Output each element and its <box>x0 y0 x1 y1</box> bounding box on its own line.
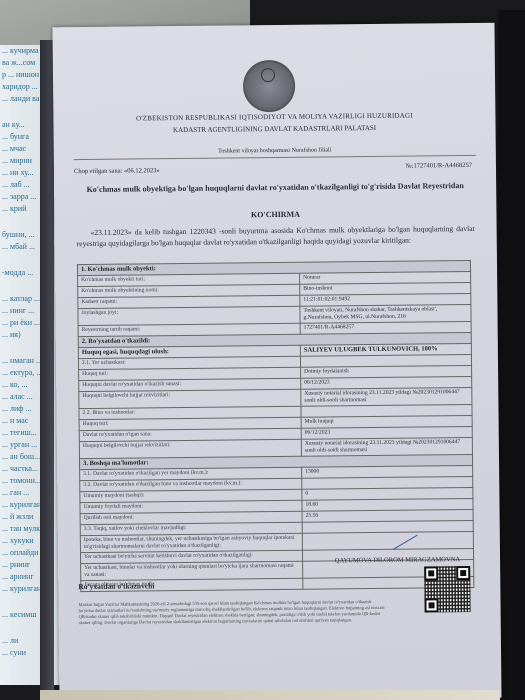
official-name: QAYUMOVA DILOROM MIRAGZAMOVNA <box>335 556 460 564</box>
registry-table: 1. Ko'chmas mulk obyekti:Ko'chmas mulk o… <box>77 260 474 592</box>
ministry-header: O'ZBEKISTON RESPUBLIKASI IQTISODIYOT VA … <box>53 111 495 124</box>
document-title: Ko'chmas mulk obyektiga bo'lgan huquqlar… <box>84 181 466 195</box>
paper-shadow <box>40 40 54 690</box>
print-date: Chop etilgan sana: «06.12.2023» <box>74 167 160 175</box>
document-subtitle: KO'CHIRMA <box>54 208 496 222</box>
background-dark <box>498 10 525 700</box>
agency-header: KADASTR AGENTLIGINING DAVLAT KADASTRLARI… <box>54 123 496 136</box>
qr-code-icon <box>424 566 470 612</box>
cadastral-extract-document: O'ZBEKISTON RESPUBLIKASI IQTISODIYOT VA … <box>52 23 501 700</box>
background-surface <box>40 690 500 700</box>
legal-footnote: Mazkur hujjat Vazirlar Mahkamasining 202… <box>78 599 385 626</box>
divider <box>74 155 476 160</box>
field-value: Xususiy notarial idorasining 23.11.2023 … <box>301 387 472 406</box>
uzbekistan-coat-of-arms-icon <box>243 60 296 113</box>
intro-paragraph: «23.11.2023» da kelib tushgan 1220343 -s… <box>77 223 475 249</box>
qr-finder-icon <box>424 598 438 612</box>
field-value: Xususiy notarial idorasining 23.11.2023 … <box>301 437 472 456</box>
document-number: №:1727401/R-A4468257 <box>405 162 472 170</box>
registrar-label: Ro'yxatdan o'tkazuvchi <box>78 581 154 591</box>
qr-finder-icon <box>424 566 438 580</box>
field-value: Toshkent viloyati, Nurafshon shahar, Tas… <box>300 304 471 323</box>
qr-finder-icon <box>456 566 470 580</box>
